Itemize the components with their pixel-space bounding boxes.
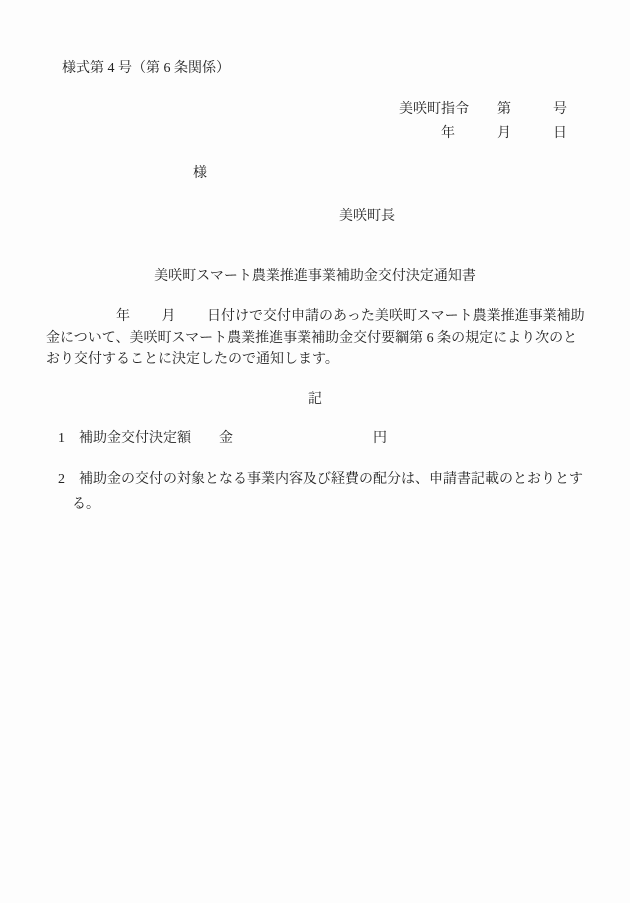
date-line: 年 月 日 bbox=[441, 126, 567, 142]
record-heading: 記 bbox=[0, 392, 630, 408]
directive-number-line: 美咲町指令 第 号 bbox=[399, 102, 567, 118]
document-page: 様式第 4 号（第 6 条関係） 美咲町指令 第 号 年 月 日 様 美咲町長 … bbox=[0, 0, 630, 903]
body-line-3: おり交付することに決定したので通知します。 bbox=[46, 352, 339, 368]
item-2-line-2: る。 bbox=[72, 497, 100, 513]
sender-title: 美咲町長 bbox=[339, 209, 395, 225]
item-1-grant-amount: 1 補助金交付決定額 金 円 bbox=[58, 431, 387, 447]
body-line-2: 金について、美咲町スマート農業推進事業補助金交付要綱第 6 条の規定により次のと bbox=[46, 331, 577, 347]
body-line-1: 年 月 日付けで交付申請のあった美咲町スマート農業推進事業補助 bbox=[46, 309, 585, 325]
form-number: 様式第 4 号（第 6 条関係） bbox=[62, 61, 230, 77]
document-title: 美咲町スマート農業推進事業補助金交付決定通知書 bbox=[0, 269, 630, 285]
item-2-line-1: 2 補助金の交付の対象となる事業内容及び経費の配分は、申請書記載のとおりとす bbox=[58, 472, 583, 488]
addressee-honorific: 様 bbox=[193, 166, 207, 182]
